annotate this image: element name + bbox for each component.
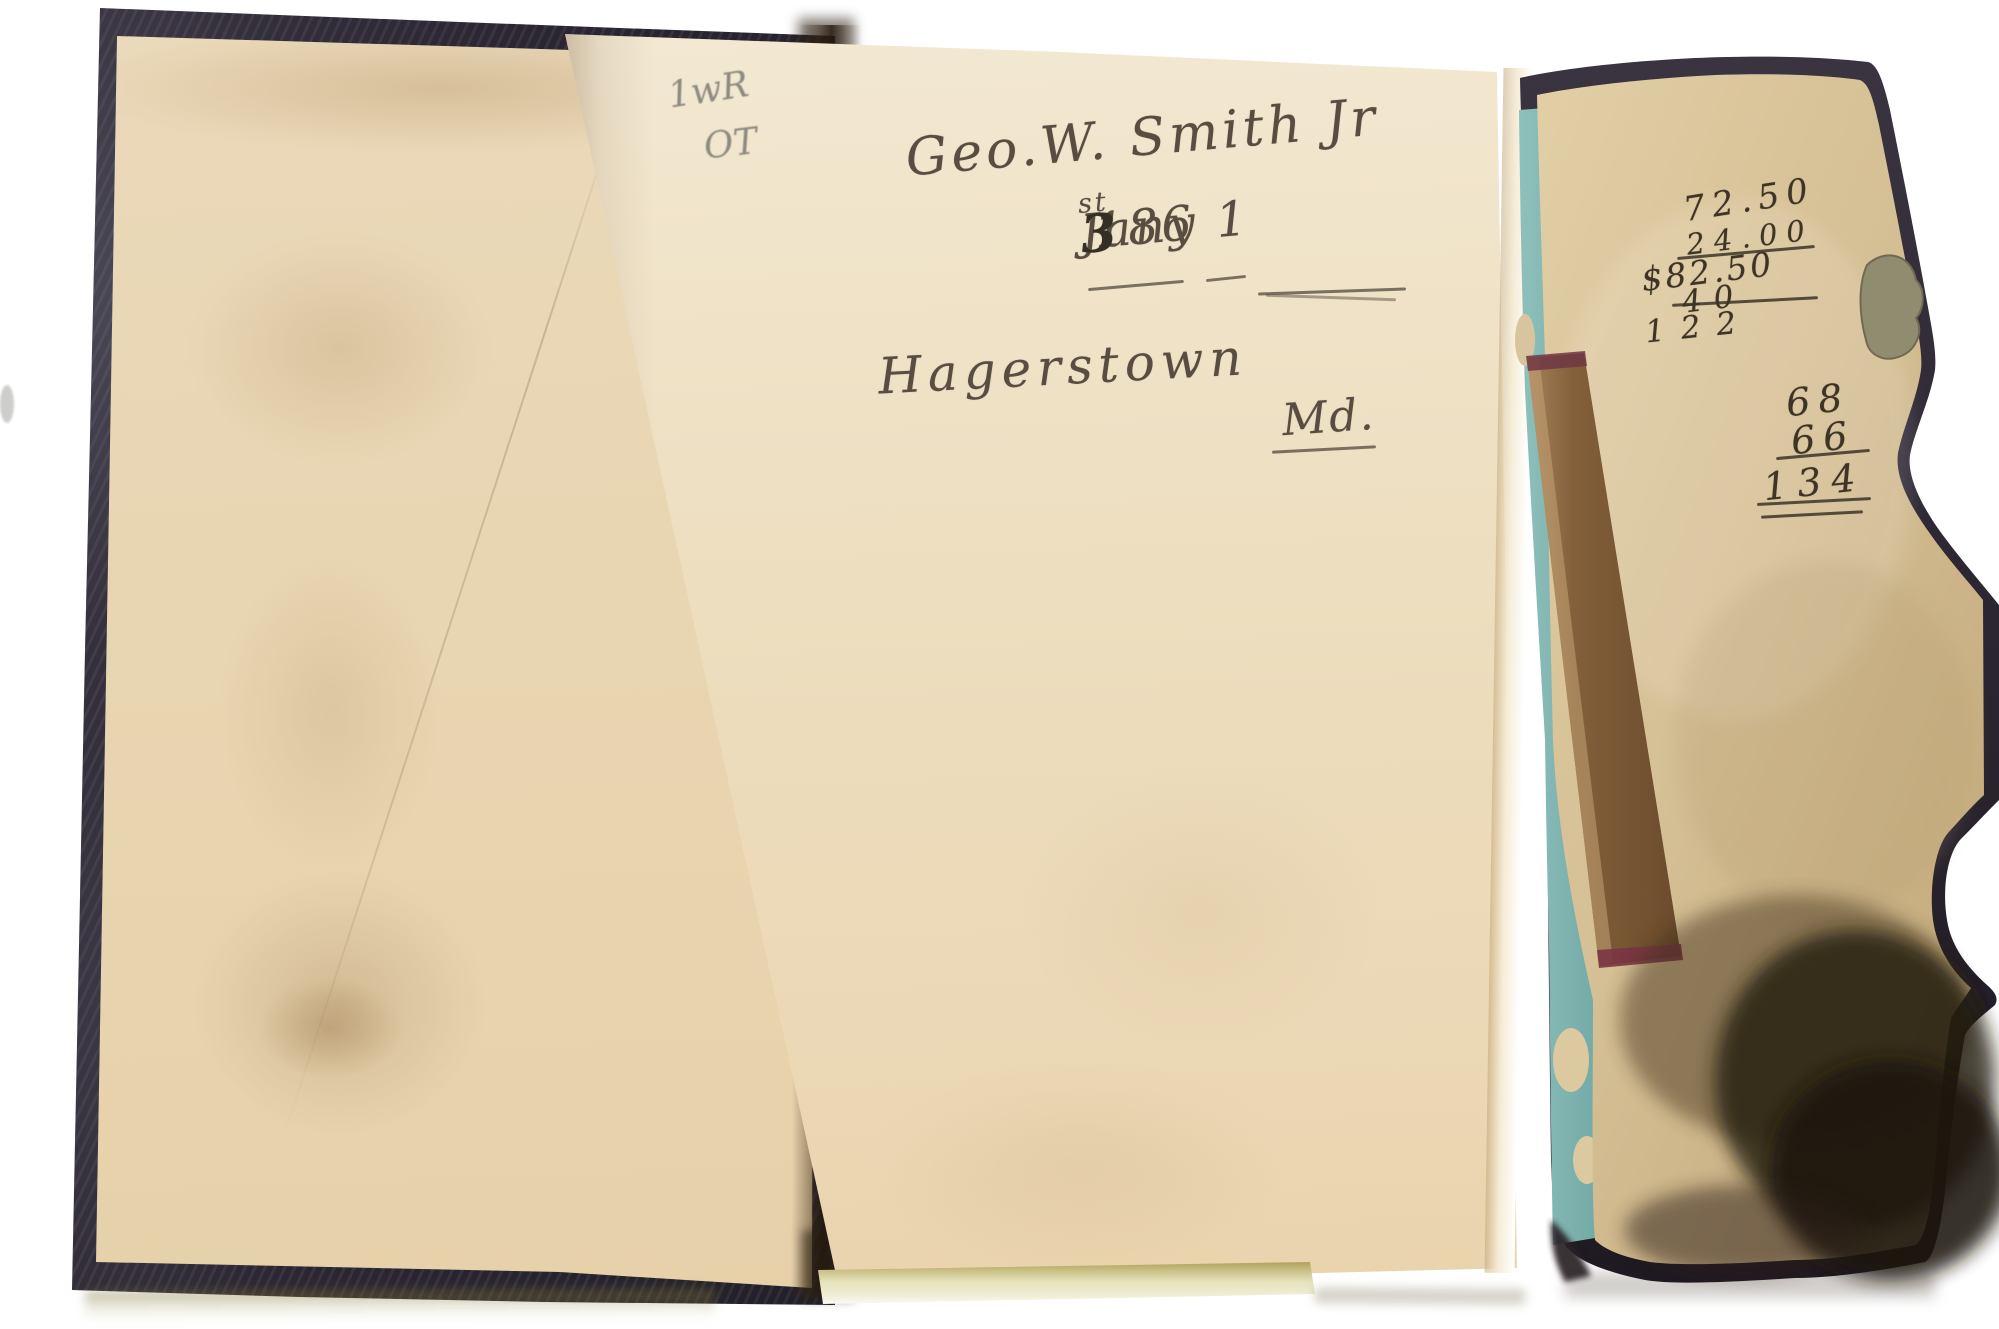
date-year-overwritten-digit: 3 bbox=[1078, 202, 1122, 266]
background-speck bbox=[0, 385, 14, 423]
pencil-mark-2: OT bbox=[702, 121, 760, 168]
leather-smudge bbox=[1675, 560, 1975, 920]
cast-shadow-center bbox=[1315, 1287, 1525, 1305]
teal-torn-patch bbox=[1553, 1028, 1589, 1092]
dark-stain bbox=[1620, 895, 1999, 1280]
worn-patch bbox=[1861, 255, 1923, 358]
paper-crease bbox=[279, 119, 615, 1147]
inscription-state: Md. bbox=[1280, 389, 1377, 446]
cast-shadow-left bbox=[85, 1289, 715, 1321]
photo-open-diary: Geo.W. Smith Jr Jany 1st1863 Hagerstown … bbox=[0, 0, 1999, 1329]
